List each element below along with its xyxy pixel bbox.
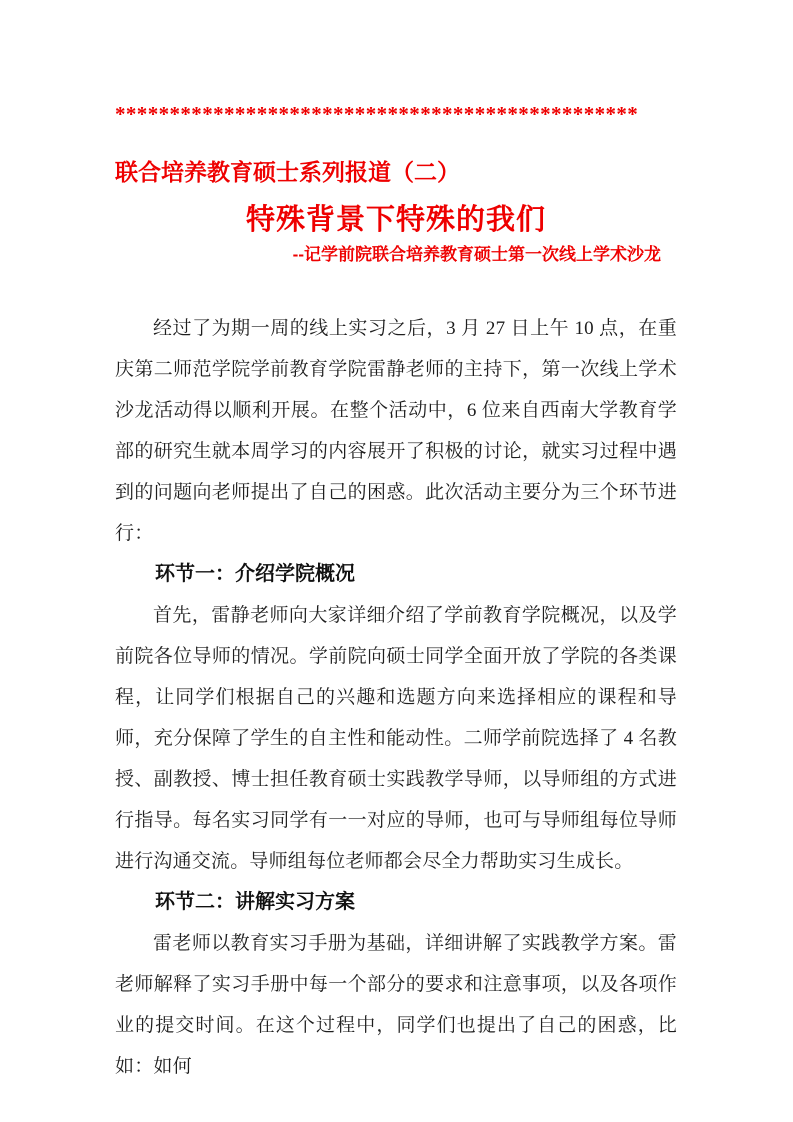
document-page: ****************************************… [0,0,793,1122]
document-subtitle: --记学前院联合培养教育硕士第一次线上学术沙龙 [115,244,661,266]
section-heading: 环节一：介绍学院概况 [115,554,677,595]
document-title: 特殊背景下特殊的我们 [115,202,677,238]
asterisk-separator: ****************************************… [115,102,677,126]
series-heading: 联合培养教育硕士系列报道（二） [115,158,677,188]
body-paragraph: 经过了为期一周的线上实习之后，3 月 27 日上午 10 点，在重庆第二师范学院… [115,308,677,554]
section-heading: 环节二：讲解实习方案 [115,882,677,923]
body-paragraph: 首先，雷静老师向大家详细介绍了学前教育学院概况，以及学前院各位导师的情况。学前院… [115,595,677,882]
document-body: 经过了为期一周的线上实习之后，3 月 27 日上午 10 点，在重庆第二师范学院… [115,308,677,1087]
body-paragraph: 雷老师以教育实习手册为基础，详细讲解了实践教学方案。雷老师解释了实习手册中每一个… [115,923,677,1087]
